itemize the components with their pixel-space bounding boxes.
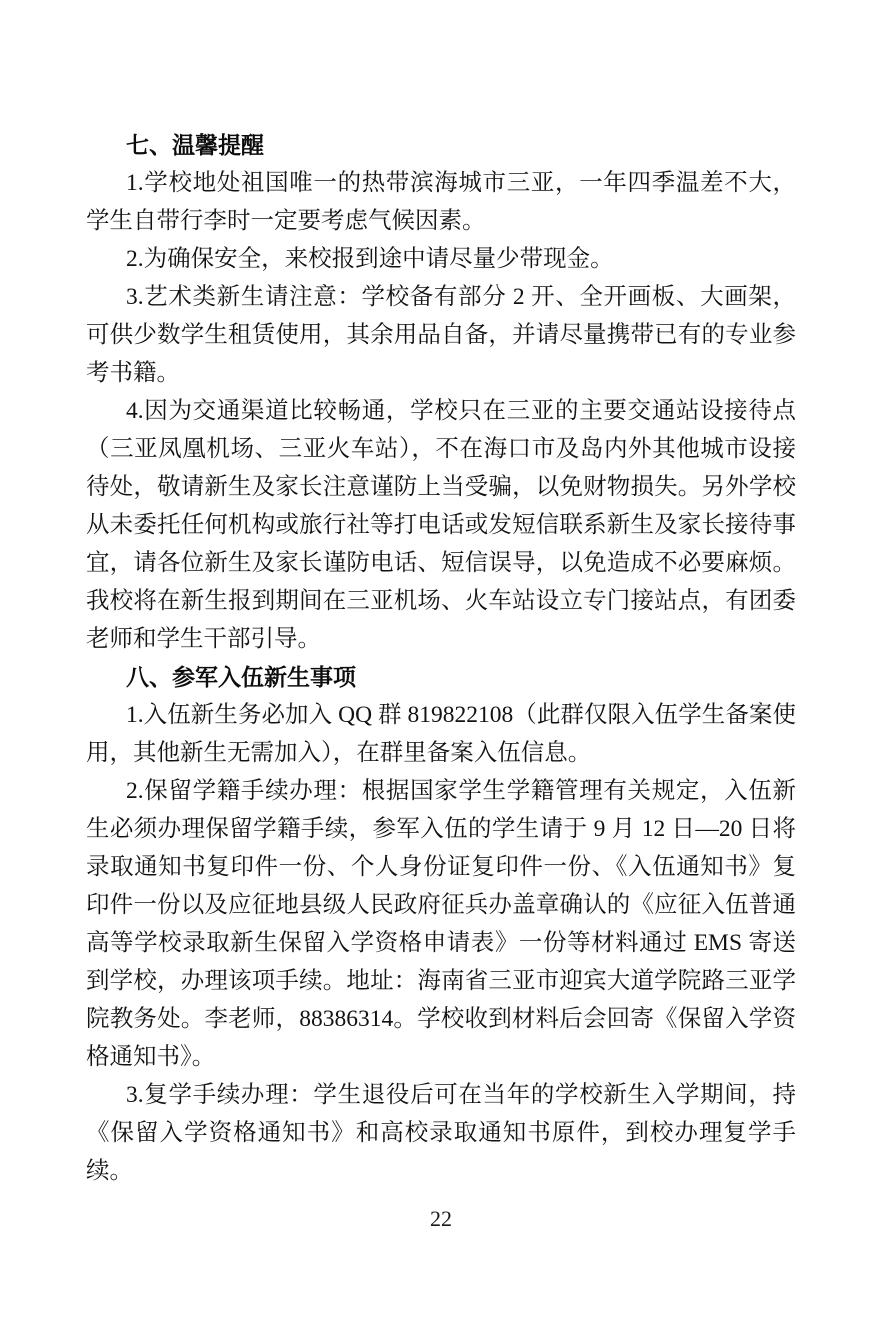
paragraph: 1.学校地处祖国唯一的热带滨海城市三亚，一年四季温差不大，学生自带行李时一定要考… [86,164,796,240]
paragraph: 3.复学手续办理：学生退役后可在当年的学校新生入学期间，持《保留入学资格通知书》… [86,1076,796,1190]
paragraph: 2.为确保安全，来校报到途中请尽量少带现金。 [86,240,796,278]
section-heading-warm-reminders: 七、温馨提醒 [86,126,796,164]
section-heading-military-enrollment: 八、参军入伍新生事项 [86,658,796,696]
paragraph: 3.艺术类新生请注意：学校备有部分 2 开、全开画板、大画架，可供少数学生租赁使… [86,278,796,392]
page-number: 22 [0,1204,882,1234]
paragraph: 2.保留学籍手续办理：根据国家学生学籍管理有关规定，入伍新生必须办理保留学籍手续… [86,772,796,1076]
paragraph: 4.因为交通渠道比较畅通，学校只在三亚的主要交通站设接待点（三亚凤凰机场、三亚火… [86,392,796,658]
paragraph: 1.入伍新生务必加入 QQ 群 819822108（此群仅限入伍学生备案使用，其… [86,696,796,772]
document-page: 七、温馨提醒 1.学校地处祖国唯一的热带滨海城市三亚，一年四季温差不大，学生自带… [0,0,882,1323]
document-body: 七、温馨提醒 1.学校地处祖国唯一的热带滨海城市三亚，一年四季温差不大，学生自带… [86,126,796,1190]
